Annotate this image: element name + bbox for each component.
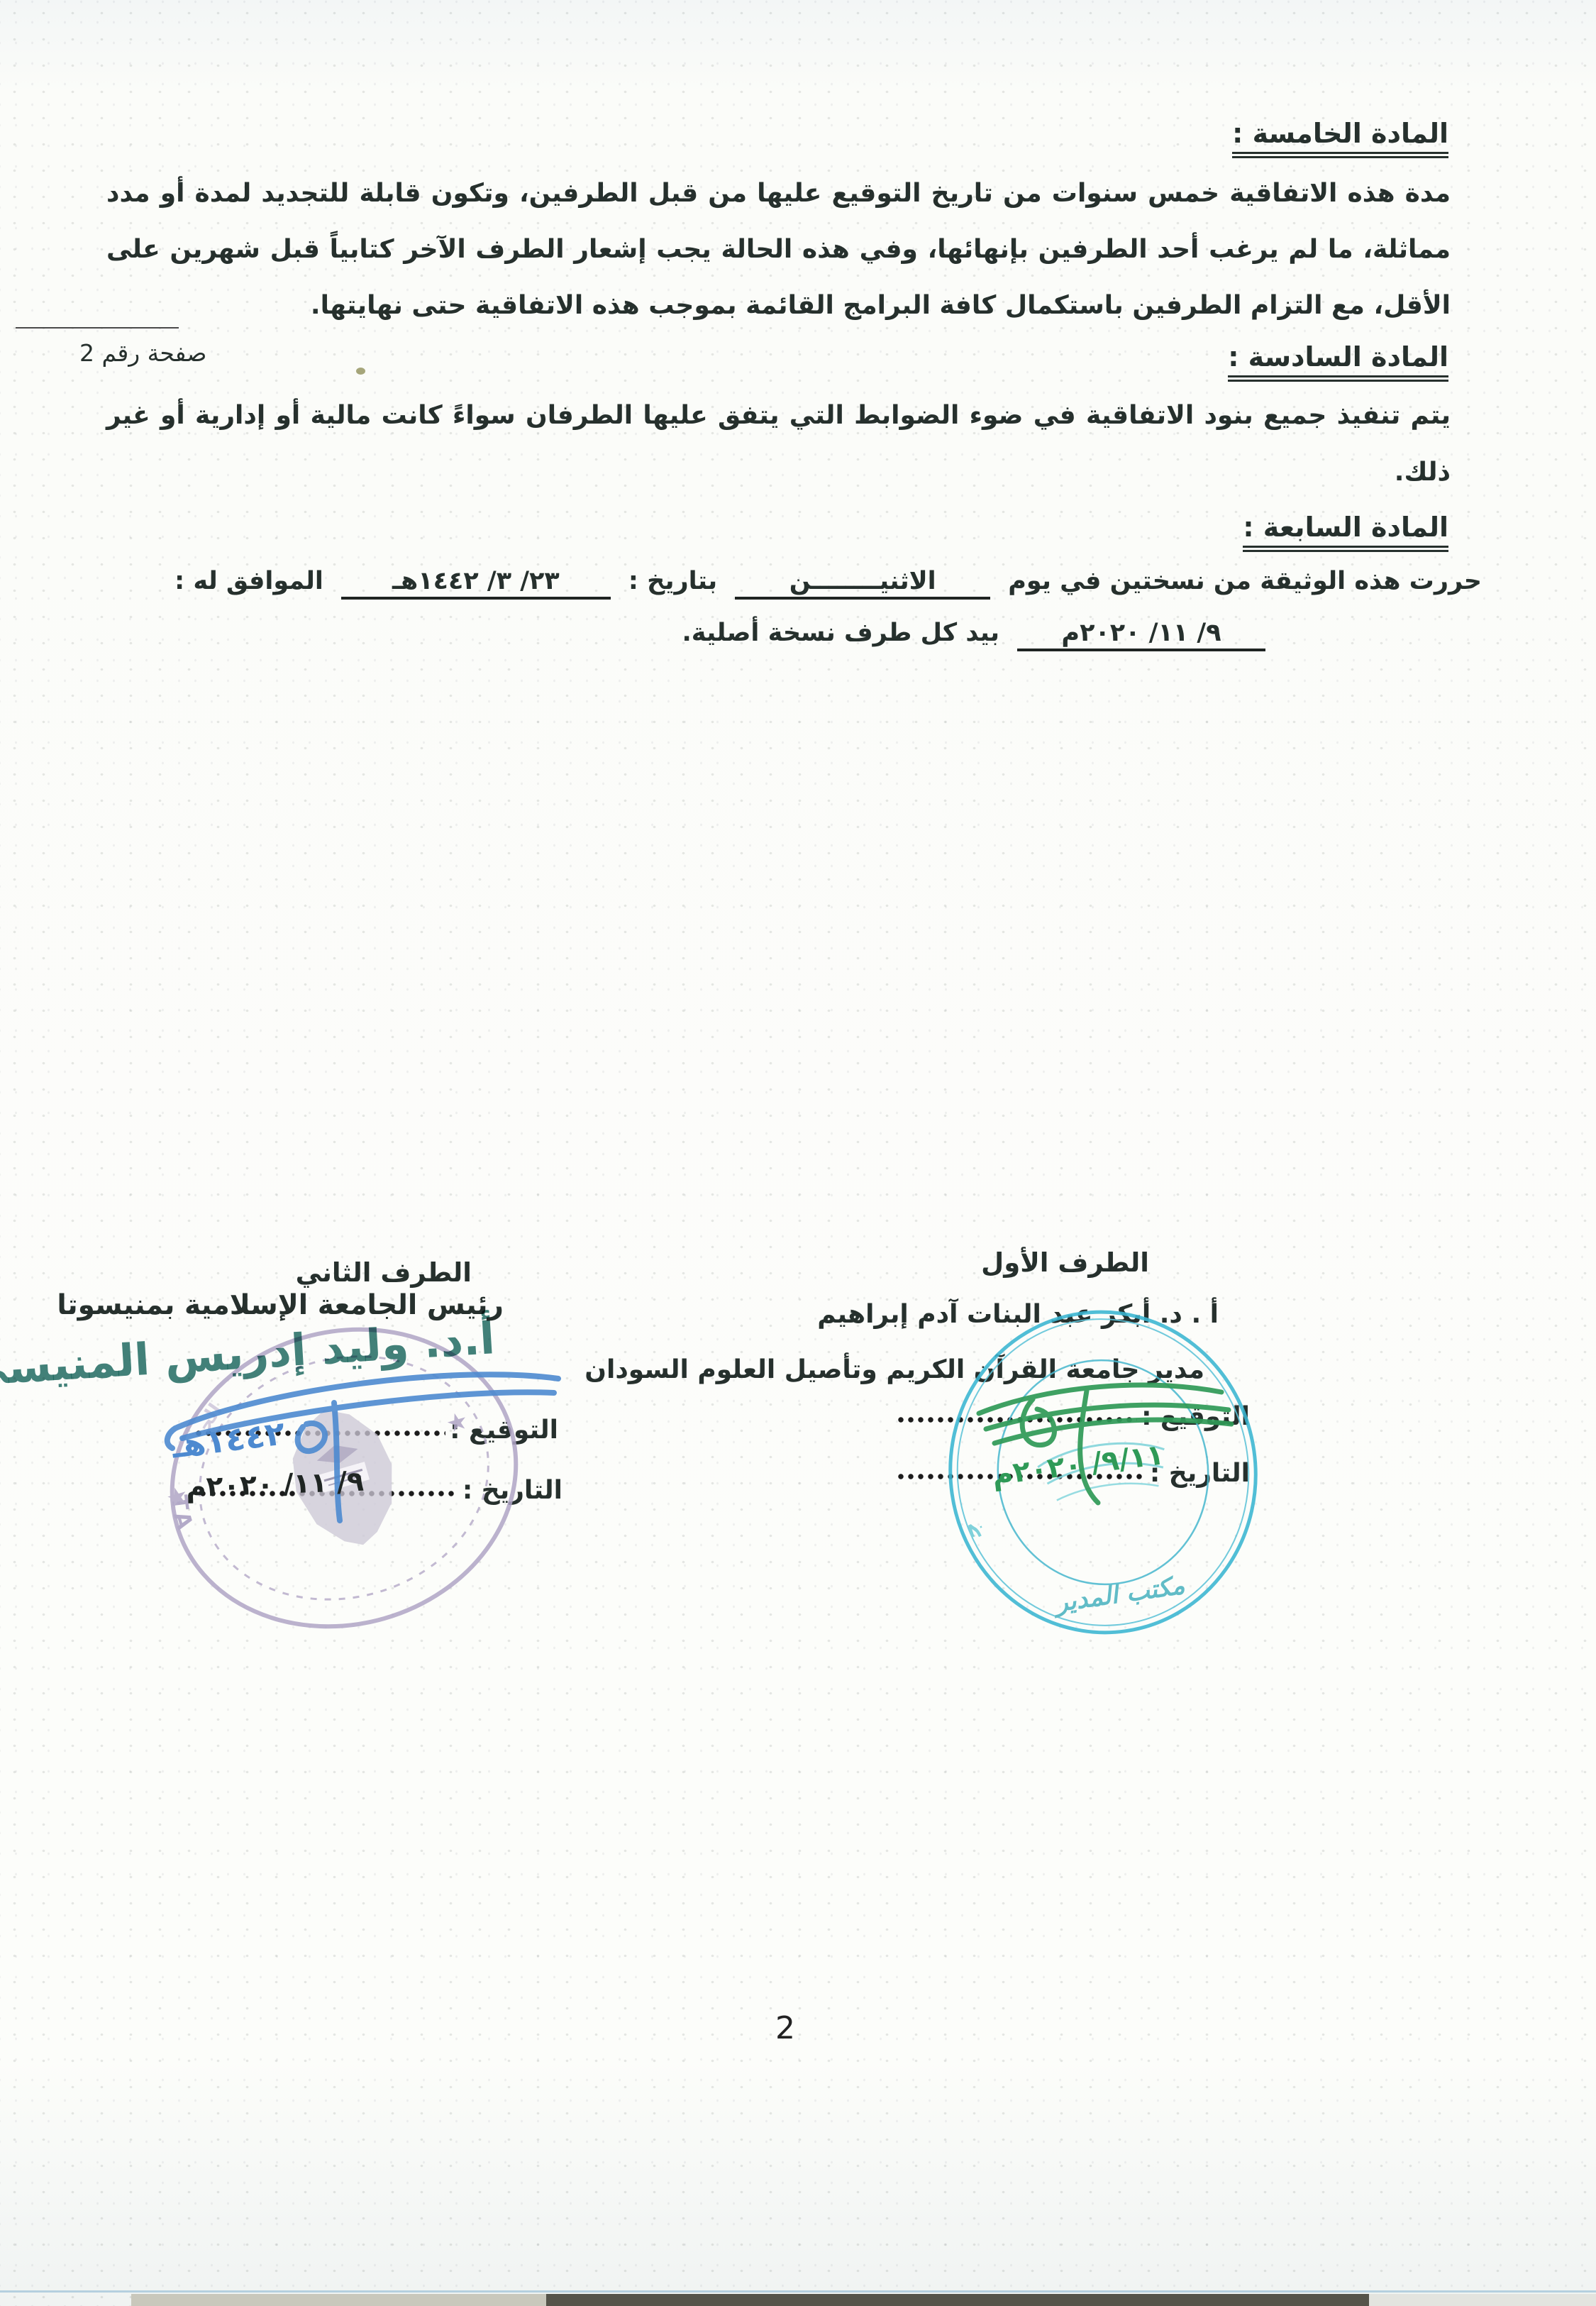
first-party-signature-dots [897,1416,1137,1424]
page-margin-label: صفحة رقم 2 [79,339,206,367]
execution-corresponding-label: الموافق له : [174,567,323,595]
article-five-line-2: مماثلة، ما لم يرغب أحد الطرفين بإنهائها،… [106,235,1451,264]
second-party-title: الطرف الثاني [296,1257,472,1288]
second-party-date-label: التاريخ : [462,1476,563,1505]
article-five-heading: المادة الخامسة : [1232,118,1448,158]
scan-edge-right-band [1369,2294,1596,2306]
execution-line-2: ٩/ ١١/ ٢٠٢٠مبيد كل طرف نسخة أصلية. [675,619,1276,651]
second-party-handwritten-hijri: ١٤٤٢هـ [170,1413,287,1465]
article-five-line-3: الأقل، مع التزام الطرفين باستكمال كافة ا… [106,291,1451,320]
second-party-handwritten-date: ٩/ ١١/ ٢٠٢٠م [185,1466,364,1504]
execution-line-1: حررت هذه الوثيقة من نسختين في يومالاثنيـ… [167,567,1490,600]
first-party-role: مدير جامعة القرآن الكريم وتأصيل العلوم ا… [584,1355,1204,1384]
scanned-agreement-page: المادة الخامسة : مدة هذه الاتفاقية خمس س… [0,0,1596,2306]
execution-prefix: حررت هذه الوثيقة من نسختين في يوم [1008,567,1482,595]
scan-edge-line [0,2290,1596,2293]
execution-suffix: بيد كل طرف نسخة أصلية. [682,619,1000,647]
first-party-name: أ . د. أبكر عبد البنات آدم إبراهيم [817,1300,1219,1329]
article-five-line-1: مدة هذه الاتفاقية خمس سنوات من تاريخ الت… [106,179,1451,208]
second-party-name-stamp: أ.د. وليد إدريس المنيسي [0,1312,497,1396]
article-seven-heading: المادة السابعة : [1243,512,1448,552]
execution-hijri-date: ٢٣/ ٣/ ١٤٤٢هـ [341,567,611,600]
article-six-heading: المادة السادسة : [1228,341,1448,382]
page-number: 2 [775,2010,795,2046]
execution-gregorian-date: ٩/ ١١/ ٢٠٢٠م [1017,619,1265,651]
first-party-signature-label: التوقيع : [1141,1402,1250,1431]
margin-line [16,327,179,329]
article-six-line-2: ذلك. [106,458,1451,487]
execution-date-label: بتاريخ : [628,567,717,595]
scan-edge-dark-band [546,2294,1369,2306]
first-party-signature-row: التوقيع : [895,1402,1250,1431]
first-party-stamp-center-text: مكتب المدير [1051,1572,1187,1619]
scan-speck [356,368,365,375]
second-party-signature-label: التوقيع : [450,1416,558,1445]
scan-edge-left-band [131,2294,546,2306]
article-six-line-1: يتم تنفيذ جميع بنود الاتفاقية في ضوء الض… [106,401,1451,430]
first-party-title: الطرف الأول [981,1247,1149,1278]
execution-day-value: الاثنيــــــــن [735,567,990,600]
